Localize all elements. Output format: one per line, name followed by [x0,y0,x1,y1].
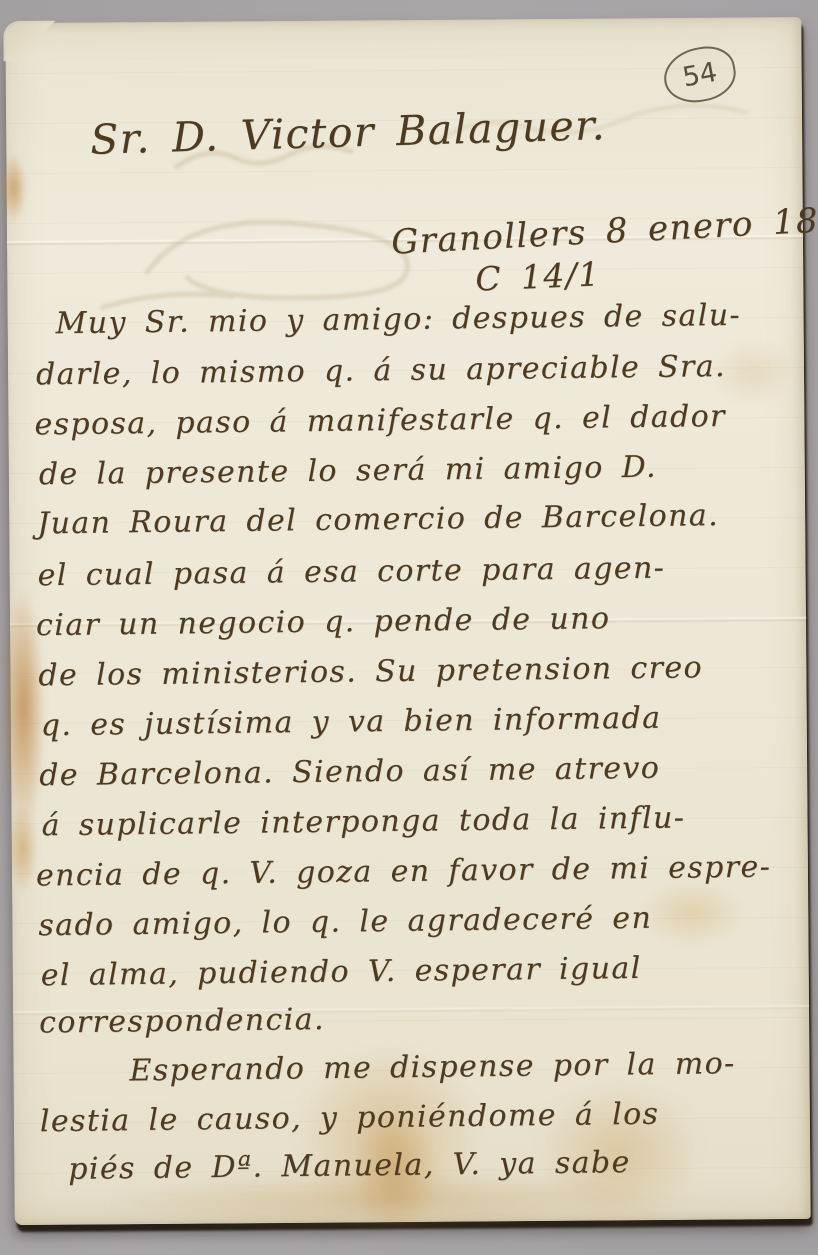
foxing-stain [7,803,38,893]
letter-scan: 54 Sr. D. Victor Balaguer. Granollers 8 … [0,0,818,1255]
letter-line: encia de q. V. goza en favor de mi espre… [36,850,772,894]
letter-line: á suplicarle interponga toda la influ- [41,800,685,843]
letter-line: de Barcelona. Siendo así me atrevo [39,751,660,794]
letter-line: Muy Sr. mio y amigo: despues de salu- [55,298,741,341]
letter-line: esposa, paso á manifestarle q. el dador [34,399,726,442]
letter-line: ciar un negocio q. pende de uno [36,601,611,643]
letter-line: correspondencia. [39,1002,325,1040]
letter-page: 54 Sr. D. Victor Balaguer. Granollers 8 … [5,17,810,1225]
letter-line: piés de Dª. Manuela, V. ya sabe [68,1145,631,1187]
reference-annotation: C 14/1 [475,254,602,298]
letter-line: de la presente lo será mi amigo D. [39,450,658,493]
letter-line: q. es justísima y va bien informada [41,701,662,744]
letter-line: Esperando me dispense por la mo- [129,1046,735,1088]
letter-line: sado amigo, lo q. le agradeceré en [38,901,652,943]
letter-line: lestia le causo, y poniéndome á los [40,1097,660,1140]
foxing-stain [637,877,748,948]
corner-fold [3,21,57,61]
letter-line: darle, lo mismo q. á su apreciable Sra. [36,349,726,392]
letter-line: el cual pasa á esa corte para agen- [37,551,665,594]
letter-line: Juan Roura del comercio de Barcelona. [37,498,719,541]
foxing-stain [0,153,27,223]
letter-line: de los ministerios. Su pretension creo [38,650,703,693]
letter-line: el alma, pudiendo V. esperar igual [41,951,642,993]
folio-number: 54 [680,56,719,93]
